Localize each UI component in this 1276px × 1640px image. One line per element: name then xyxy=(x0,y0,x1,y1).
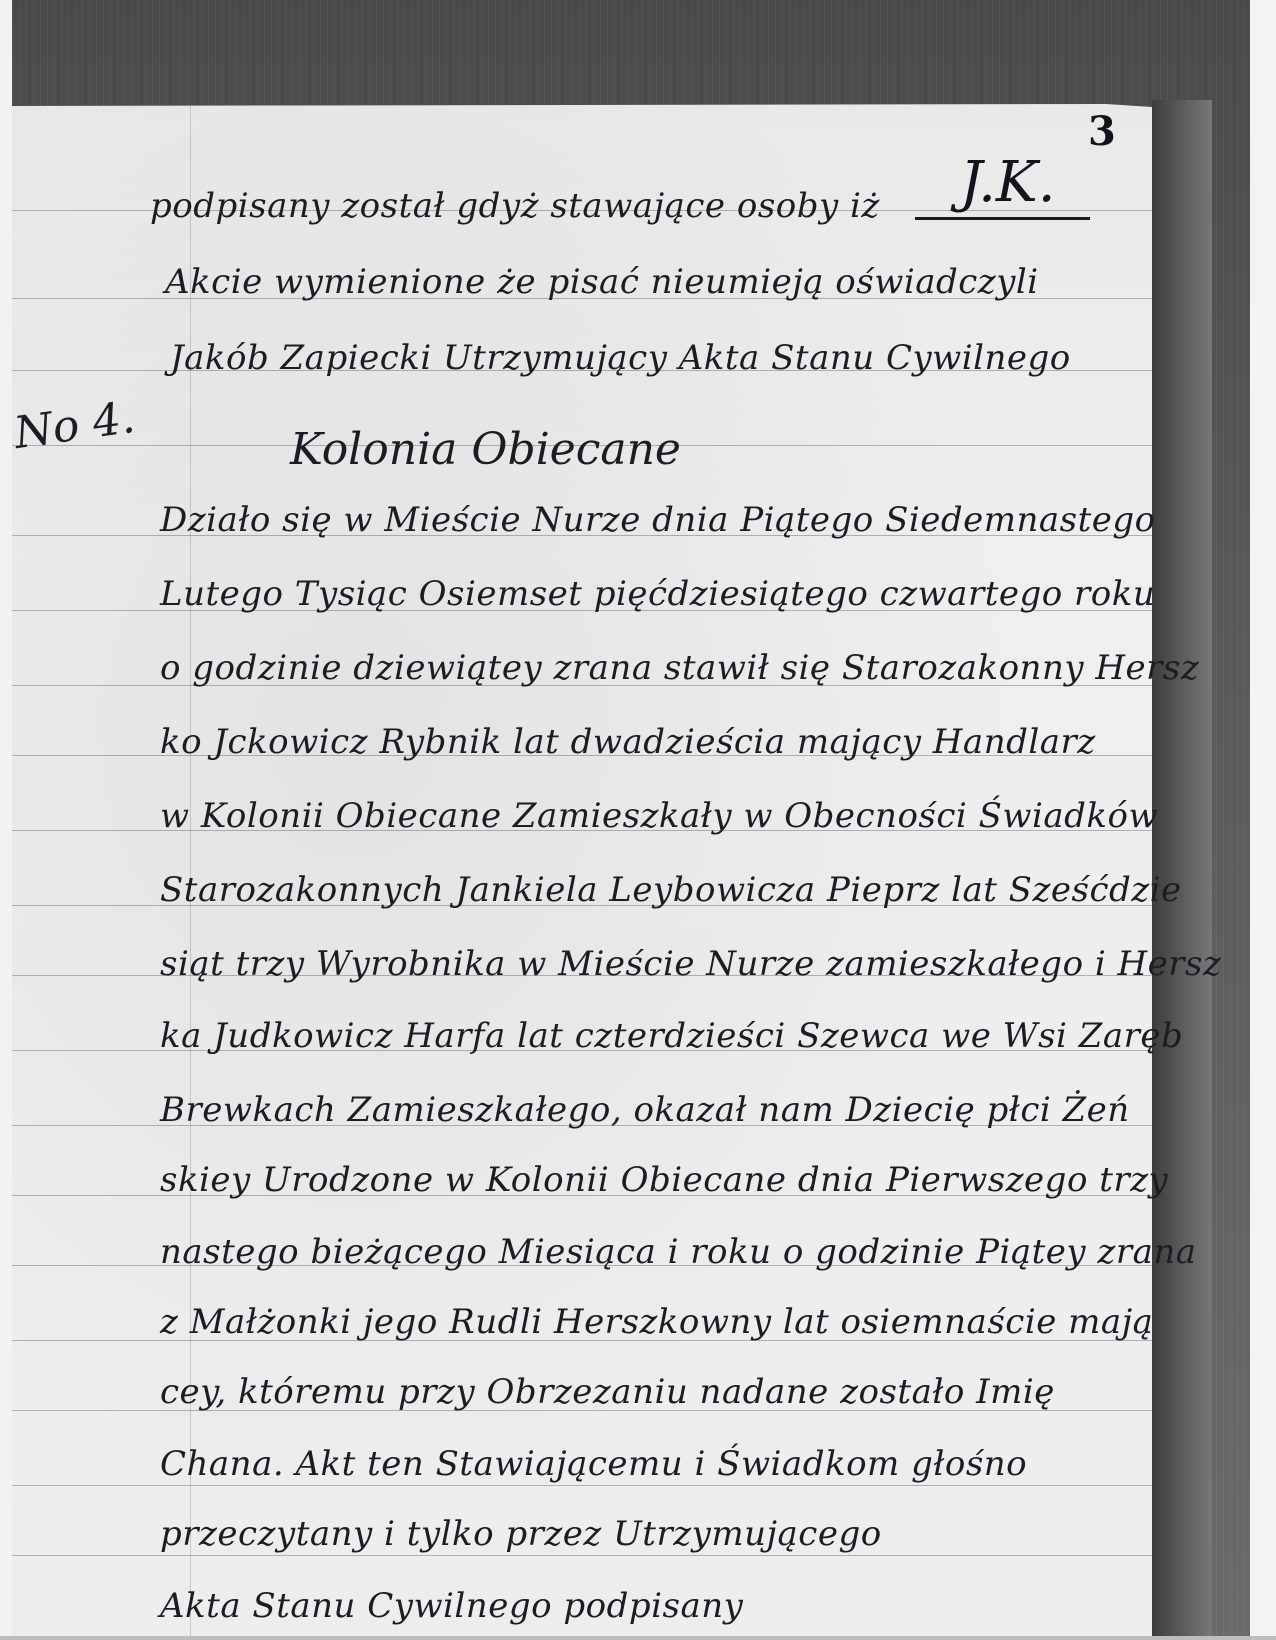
text-line: Akcie wymienione że pisać nieumieją oświ… xyxy=(165,262,1039,302)
text-line: w Kolonii Obiecane Zamieszkały w Obecnoś… xyxy=(160,796,1158,836)
text-line: Starozakonnych Jankiela Leybowicza Piepr… xyxy=(160,870,1182,910)
text-line: Lutego Tysiąc Osiemset pięćdziesiątego c… xyxy=(160,574,1155,614)
text-line: Brewkach Zamieszkałego, okazał nam Dziec… xyxy=(160,1090,1130,1130)
scanner-edge xyxy=(1250,0,1276,1640)
text-line: Jakób Zapiecki Utrzymujący Akta Stanu Cy… xyxy=(170,338,1071,378)
record-heading: Kolonia Obiecane xyxy=(290,424,681,475)
page-number: 3 xyxy=(1088,108,1116,155)
ruled-line xyxy=(12,1485,1152,1486)
ruled-line xyxy=(12,1555,1152,1556)
text-line: Chana. Akt ten Stawiającemu i Świadkom g… xyxy=(160,1444,1027,1484)
text-line: nastego bieżącego Miesiąca i roku o godz… xyxy=(160,1232,1197,1272)
text-line: ka Judkowicz Harfa lat czterdzieści Szew… xyxy=(160,1016,1183,1056)
text-line: z Małżonki jego Rudli Herszkowny lat osi… xyxy=(160,1302,1153,1342)
scan-bottom-edge xyxy=(0,1636,1276,1640)
signature-initials: J.K. xyxy=(960,150,1056,215)
text-line: podpisany został gdyż stawające osoby iż xyxy=(150,186,880,226)
text-line: ko Jckowicz Rybnik lat dwadzieścia mając… xyxy=(160,722,1096,762)
text-line: cey, któremu przy Obrzezaniu nadane zost… xyxy=(160,1372,1055,1412)
text-line: siąt trzy Wyrobnika w Mieście Nurze zami… xyxy=(160,944,1221,984)
document-scan: 3 J.K. podpisany został gdyż stawające o… xyxy=(0,0,1276,1640)
text-line: Akta Stanu Cywilnego podpisany xyxy=(160,1586,743,1626)
text-line: przeczytany i tylko przez Utrzymującego xyxy=(160,1514,882,1554)
text-line: skiey Urodzone w Kolonii Obiecane dnia P… xyxy=(160,1160,1168,1200)
text-line: Działo się w Mieście Nurze dnia Piątego … xyxy=(160,500,1156,540)
text-line: o godzinie dziewiątey zrana stawił się S… xyxy=(160,648,1199,688)
signature-flourish xyxy=(915,217,1090,220)
